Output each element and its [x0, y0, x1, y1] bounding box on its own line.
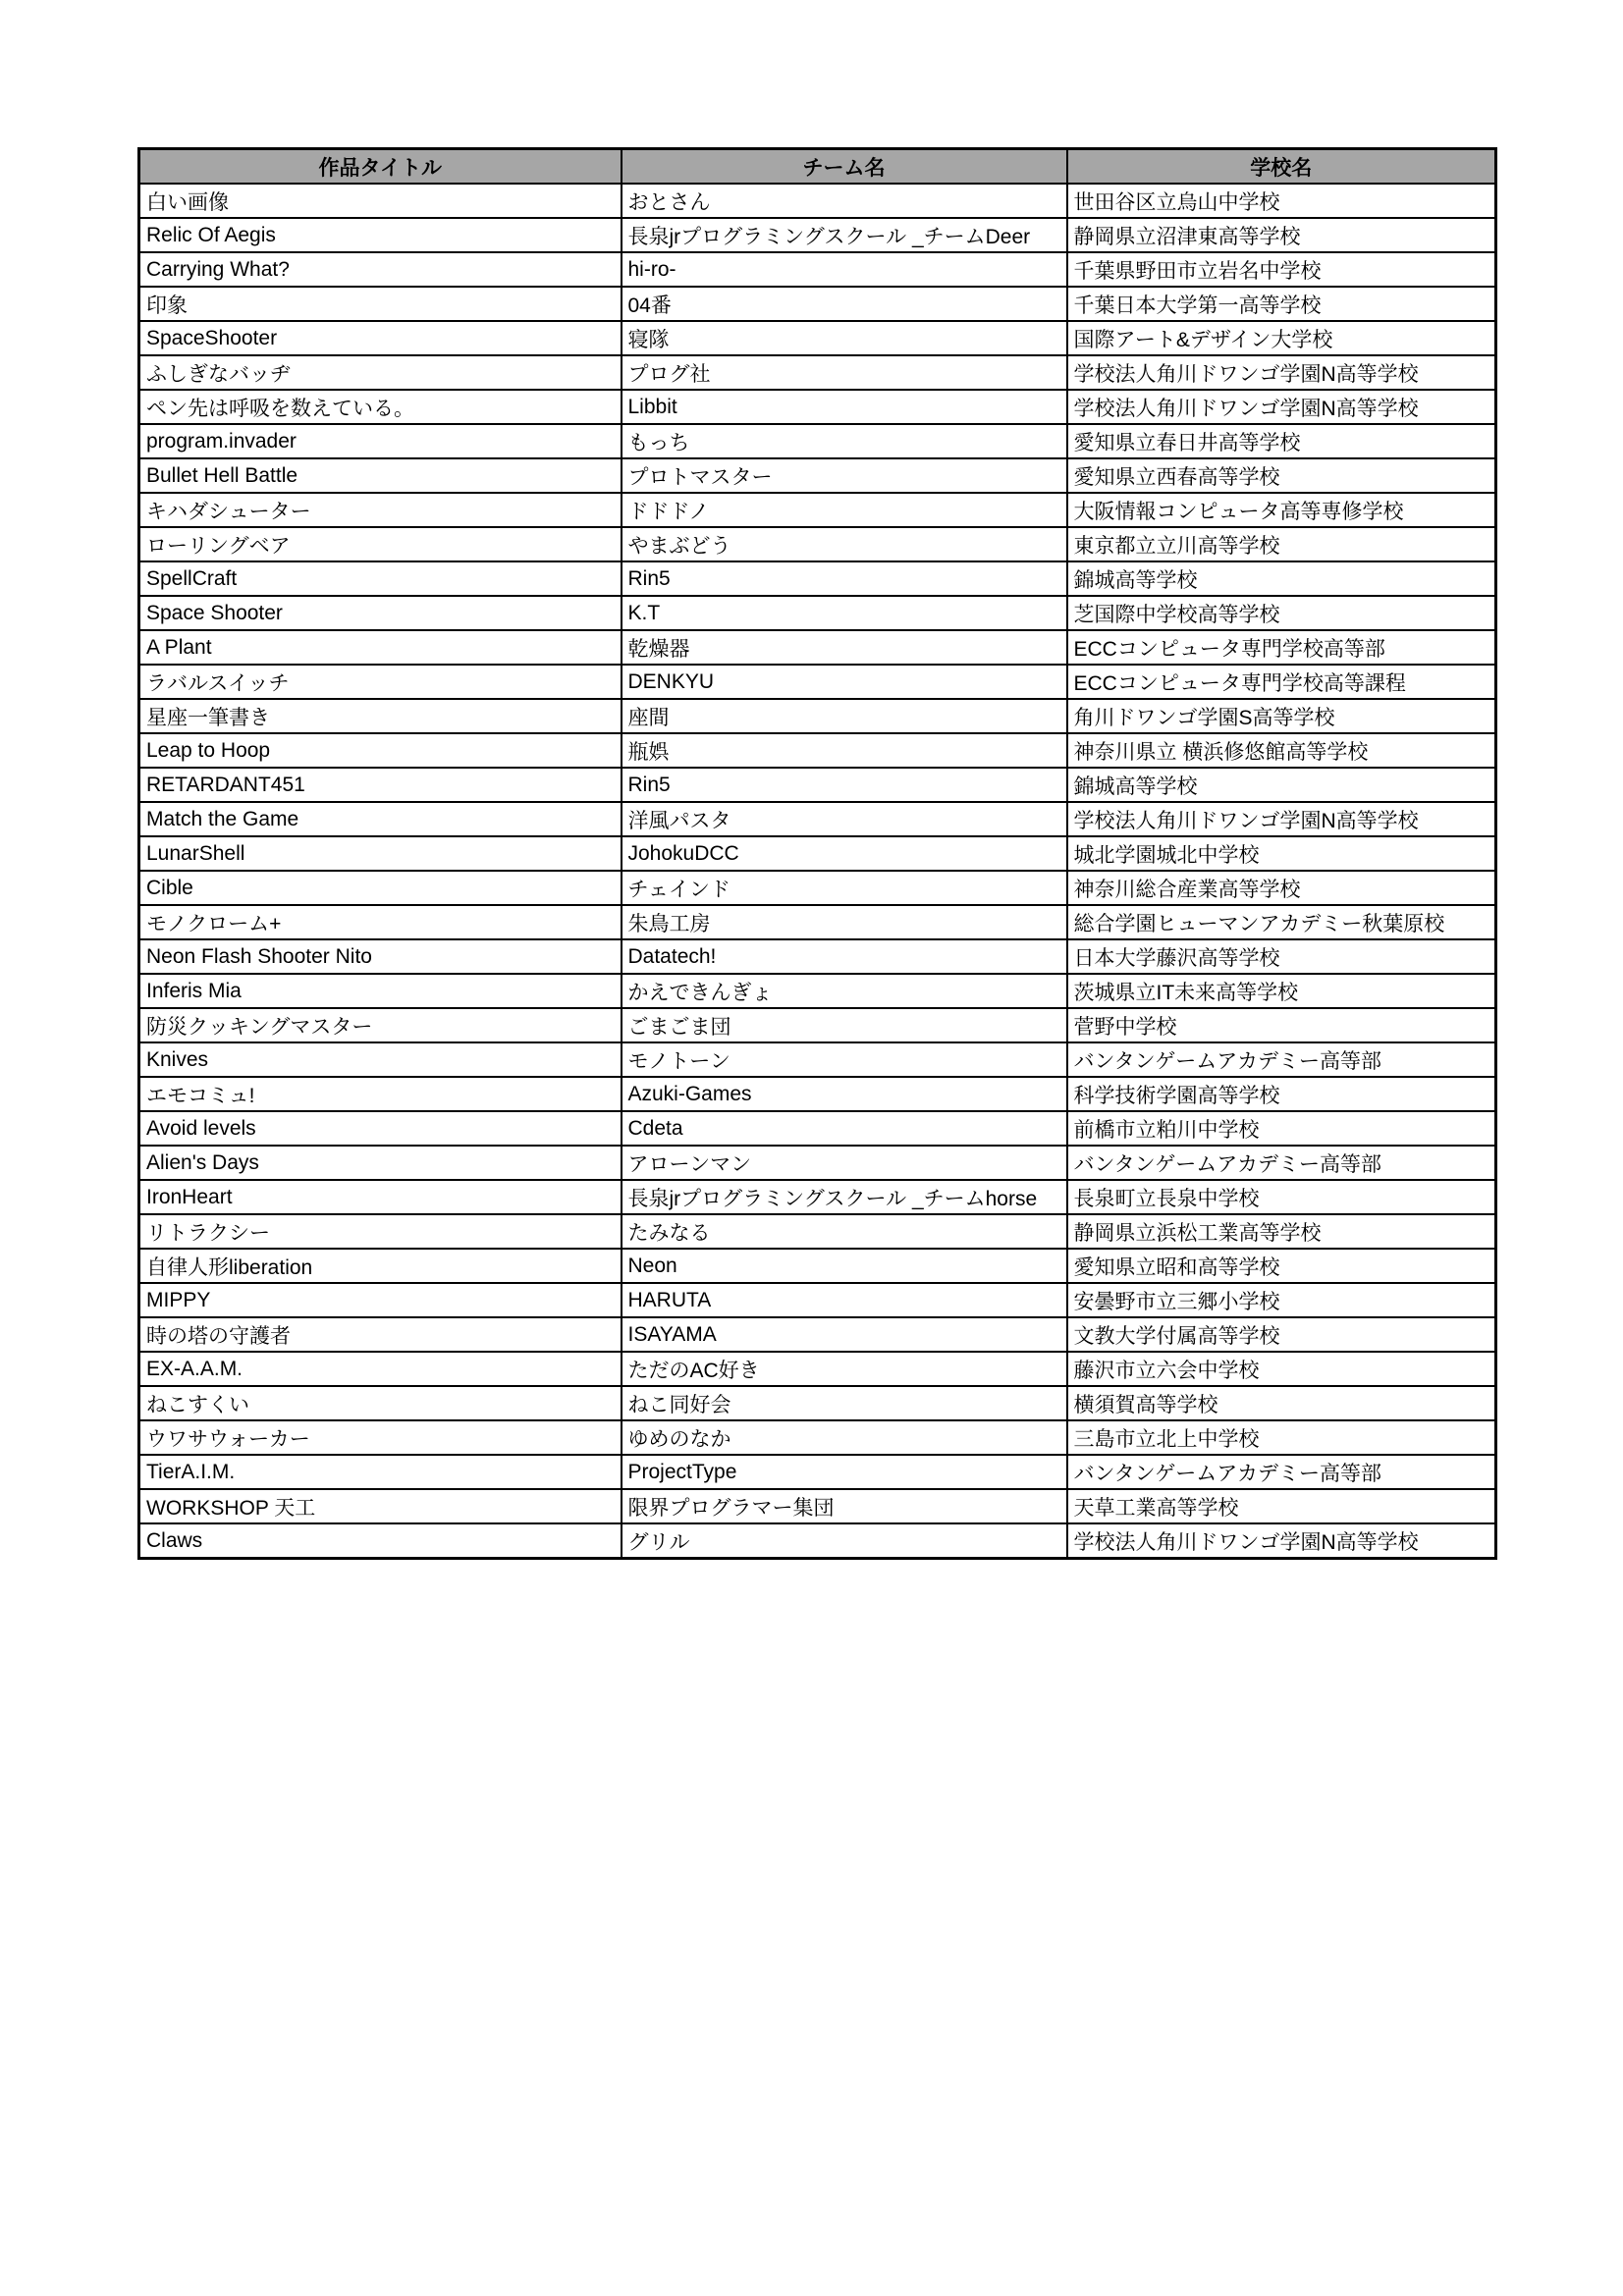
cell-school-name: 静岡県立浜松工業高等学校 — [1067, 1214, 1496, 1249]
table-row: 印象04番千葉日本大学第一高等学校 — [139, 287, 1496, 321]
cell-work-title: リトラクシー — [139, 1214, 622, 1249]
table-row: SpellCraftRin5錦城高等学校 — [139, 561, 1496, 596]
table-row: リトラクシーたみなる静岡県立浜松工業高等学校 — [139, 1214, 1496, 1249]
cell-work-title: キハダシューター — [139, 493, 622, 527]
table-row: TierA.I.M.ProjectTypeバンタンゲームアカデミー高等部 — [139, 1455, 1496, 1489]
table-row: ラバルスイッチDENKYUECCコンピュータ専門学校高等課程 — [139, 665, 1496, 699]
table-row: Avoid levelsCdeta前橋市立粕川中学校 — [139, 1111, 1496, 1146]
table-row: キハダシュータードドドノ大阪情報コンピュータ高等専修学校 — [139, 493, 1496, 527]
cell-team-name: 瓶娯 — [622, 733, 1067, 768]
cell-team-name: hi-ro- — [622, 252, 1067, 287]
cell-school-name: 総合学園ヒューマンアカデミー秋葉原校 — [1067, 905, 1496, 939]
cell-team-name: HARUTA — [622, 1283, 1067, 1317]
cell-team-name: Rin5 — [622, 561, 1067, 596]
cell-work-title: Alien's Days — [139, 1146, 622, 1180]
cell-work-title: モノクローム+ — [139, 905, 622, 939]
cell-work-title: Relic Of Aegis — [139, 218, 622, 252]
table-header: 作品タイトル チーム名 学校名 — [139, 149, 1496, 185]
cell-school-name: 静岡県立沼津東高等学校 — [1067, 218, 1496, 252]
cell-school-name: 天草工業高等学校 — [1067, 1489, 1496, 1523]
cell-work-title: Match the Game — [139, 802, 622, 836]
cell-school-name: 愛知県立昭和高等学校 — [1067, 1249, 1496, 1283]
cell-work-title: WORKSHOP 天工 — [139, 1489, 622, 1523]
cell-work-title: SpellCraft — [139, 561, 622, 596]
cell-school-name: 愛知県立春日井高等学校 — [1067, 424, 1496, 458]
cell-school-name: 大阪情報コンピュータ高等専修学校 — [1067, 493, 1496, 527]
cell-team-name: ドドドノ — [622, 493, 1067, 527]
cell-school-name: 愛知県立西春高等学校 — [1067, 458, 1496, 493]
cell-work-title: ローリングベア — [139, 527, 622, 561]
cell-school-name: バンタンゲームアカデミー高等部 — [1067, 1455, 1496, 1489]
cell-team-name: Neon — [622, 1249, 1067, 1283]
table-row: ウワサウォーカーゆめのなか三島市立北上中学校 — [139, 1420, 1496, 1455]
table-row: Bullet Hell Battleプロトマスター愛知県立西春高等学校 — [139, 458, 1496, 493]
cell-work-title: ラバルスイッチ — [139, 665, 622, 699]
cell-team-name: Datatech! — [622, 939, 1067, 974]
column-header-school-name: 学校名 — [1067, 149, 1496, 185]
cell-work-title: ペン先は呼吸を数えている。 — [139, 390, 622, 424]
cell-work-title: RETARDANT451 — [139, 768, 622, 802]
cell-team-name: ISAYAMA — [622, 1317, 1067, 1352]
cell-work-title: 印象 — [139, 287, 622, 321]
table-row: Knivesモノトーンバンタンゲームアカデミー高等部 — [139, 1042, 1496, 1077]
cell-work-title: TierA.I.M. — [139, 1455, 622, 1489]
cell-work-title: エモコミュ! — [139, 1077, 622, 1111]
table-row: WORKSHOP 天工限界プログラマー集団天草工業高等学校 — [139, 1489, 1496, 1523]
cell-school-name: 錦城高等学校 — [1067, 768, 1496, 802]
cell-work-title: 星座一筆書き — [139, 699, 622, 733]
cell-team-name: かえできんぎょ — [622, 974, 1067, 1008]
cell-work-title: 時の塔の守護者 — [139, 1317, 622, 1352]
table-row: RETARDANT451Rin5錦城高等学校 — [139, 768, 1496, 802]
cell-school-name: 三島市立北上中学校 — [1067, 1420, 1496, 1455]
cell-team-name: プログ社 — [622, 355, 1067, 390]
table-row: モノクローム+朱鳥工房総合学園ヒューマンアカデミー秋葉原校 — [139, 905, 1496, 939]
cell-team-name: 乾燥器 — [622, 630, 1067, 665]
cell-team-name: ねこ同好会 — [622, 1386, 1067, 1420]
cell-team-name: たみなる — [622, 1214, 1067, 1249]
cell-school-name: ECCコンピュータ専門学校高等課程 — [1067, 665, 1496, 699]
cell-work-title: Carrying What? — [139, 252, 622, 287]
table-row: 自律人形liberationNeon愛知県立昭和高等学校 — [139, 1249, 1496, 1283]
cell-school-name: 科学技術学園高等学校 — [1067, 1077, 1496, 1111]
cell-school-name: 前橋市立粕川中学校 — [1067, 1111, 1496, 1146]
cell-team-name: JohokuDCC — [622, 836, 1067, 871]
cell-school-name: 学校法人角川ドワンゴ学園N高等学校 — [1067, 355, 1496, 390]
cell-work-title: A Plant — [139, 630, 622, 665]
table-row: SpaceShooter寝隊国際アート&デザイン大学校 — [139, 321, 1496, 355]
cell-school-name: 学校法人角川ドワンゴ学園N高等学校 — [1067, 390, 1496, 424]
cell-team-name: プロトマスター — [622, 458, 1067, 493]
cell-team-name: チェインド — [622, 871, 1067, 905]
table-row: Inferis Miaかえできんぎょ茨城県立IT未来高等学校 — [139, 974, 1496, 1008]
cell-team-name: Rin5 — [622, 768, 1067, 802]
table-row: Match the Game洋風パスタ学校法人角川ドワンゴ学園N高等学校 — [139, 802, 1496, 836]
cell-work-title: Knives — [139, 1042, 622, 1077]
cell-team-name: Azuki-Games — [622, 1077, 1067, 1111]
table-row: Relic Of Aegis長泉jrプログラミングスクール _チームDeer静岡… — [139, 218, 1496, 252]
table-row: Alien's Daysアローンマンバンタンゲームアカデミー高等部 — [139, 1146, 1496, 1180]
table-row: 時の塔の守護者ISAYAMA文教大学付属高等学校 — [139, 1317, 1496, 1352]
table-body: 白い画像おとさん世田谷区立烏山中学校Relic Of Aegis長泉jrプログラ… — [139, 184, 1496, 1559]
cell-school-name: バンタンゲームアカデミー高等部 — [1067, 1042, 1496, 1077]
cell-team-name: 長泉jrプログラミングスクール _チームhorse — [622, 1180, 1067, 1214]
cell-work-title: ふしぎなバッヂ — [139, 355, 622, 390]
table-row: program.invaderもっち愛知県立春日井高等学校 — [139, 424, 1496, 458]
table-row: エモコミュ!Azuki-Games科学技術学園高等学校 — [139, 1077, 1496, 1111]
cell-work-title: Claws — [139, 1523, 622, 1559]
cell-school-name: 千葉日本大学第一高等学校 — [1067, 287, 1496, 321]
table-row: 白い画像おとさん世田谷区立烏山中学校 — [139, 184, 1496, 218]
cell-work-title: LunarShell — [139, 836, 622, 871]
table-row: ねこすくいねこ同好会横須賀高等学校 — [139, 1386, 1496, 1420]
cell-work-title: SpaceShooter — [139, 321, 622, 355]
cell-work-title: Inferis Mia — [139, 974, 622, 1008]
cell-school-name: 神奈川県立 横浜修悠館高等学校 — [1067, 733, 1496, 768]
column-header-work-title: 作品タイトル — [139, 149, 622, 185]
table-row: Clawsグリル学校法人角川ドワンゴ学園N高等学校 — [139, 1523, 1496, 1559]
cell-team-name: 座間 — [622, 699, 1067, 733]
cell-school-name: 東京都立立川高等学校 — [1067, 527, 1496, 561]
header-row: 作品タイトル チーム名 学校名 — [139, 149, 1496, 185]
cell-team-name: K.T — [622, 596, 1067, 630]
cell-school-name: 茨城県立IT未来高等学校 — [1067, 974, 1496, 1008]
entries-table: 作品タイトル チーム名 学校名 白い画像おとさん世田谷区立烏山中学校Relic … — [137, 147, 1497, 1560]
cell-work-title: Space Shooter — [139, 596, 622, 630]
cell-school-name: 藤沢市立六会中学校 — [1067, 1352, 1496, 1386]
cell-school-name: 錦城高等学校 — [1067, 561, 1496, 596]
cell-school-name: 角川ドワンゴ学園S高等学校 — [1067, 699, 1496, 733]
cell-team-name: ゆめのなか — [622, 1420, 1067, 1455]
table-row: Neon Flash Shooter NitoDatatech!日本大学藤沢高等… — [139, 939, 1496, 974]
cell-school-name: 文教大学付属高等学校 — [1067, 1317, 1496, 1352]
cell-work-title: Avoid levels — [139, 1111, 622, 1146]
cell-school-name: 千葉県野田市立岩名中学校 — [1067, 252, 1496, 287]
cell-work-title: IronHeart — [139, 1180, 622, 1214]
cell-team-name: おとさん — [622, 184, 1067, 218]
cell-team-name: 限界プログラマー集団 — [622, 1489, 1067, 1523]
table-row: IronHeart長泉jrプログラミングスクール _チームhorse長泉町立長泉… — [139, 1180, 1496, 1214]
cell-school-name: 学校法人角川ドワンゴ学園N高等学校 — [1067, 1523, 1496, 1559]
cell-school-name: 学校法人角川ドワンゴ学園N高等学校 — [1067, 802, 1496, 836]
table-row: 星座一筆書き座間角川ドワンゴ学園S高等学校 — [139, 699, 1496, 733]
table-row: ローリングベアやまぶどう東京都立立川高等学校 — [139, 527, 1496, 561]
cell-team-name: DENKYU — [622, 665, 1067, 699]
cell-school-name: ECCコンピュータ専門学校高等部 — [1067, 630, 1496, 665]
cell-team-name: 洋風パスタ — [622, 802, 1067, 836]
cell-team-name: ごまごま団 — [622, 1008, 1067, 1042]
table-row: A Plant乾燥器ECCコンピュータ専門学校高等部 — [139, 630, 1496, 665]
cell-team-name: やまぶどう — [622, 527, 1067, 561]
cell-team-name: 寝隊 — [622, 321, 1067, 355]
document-page: 作品タイトル チーム名 学校名 白い画像おとさん世田谷区立烏山中学校Relic … — [0, 0, 1623, 2296]
cell-work-title: Leap to Hoop — [139, 733, 622, 768]
cell-team-name: モノトーン — [622, 1042, 1067, 1077]
cell-team-name: アローンマン — [622, 1146, 1067, 1180]
cell-work-title: ねこすくい — [139, 1386, 622, 1420]
cell-school-name: 国際アート&デザイン大学校 — [1067, 321, 1496, 355]
table-row: Leap to Hoop瓶娯神奈川県立 横浜修悠館高等学校 — [139, 733, 1496, 768]
cell-school-name: 横須賀高等学校 — [1067, 1386, 1496, 1420]
cell-work-title: ウワサウォーカー — [139, 1420, 622, 1455]
cell-work-title: Cible — [139, 871, 622, 905]
column-header-team-name: チーム名 — [622, 149, 1067, 185]
table-row: LunarShellJohokuDCC城北学園城北中学校 — [139, 836, 1496, 871]
cell-team-name: 朱鳥工房 — [622, 905, 1067, 939]
table-row: ペン先は呼吸を数えている。Libbit学校法人角川ドワンゴ学園N高等学校 — [139, 390, 1496, 424]
table-row: ふしぎなバッヂプログ社学校法人角川ドワンゴ学園N高等学校 — [139, 355, 1496, 390]
cell-work-title: 白い画像 — [139, 184, 622, 218]
cell-work-title: Bullet Hell Battle — [139, 458, 622, 493]
cell-school-name: バンタンゲームアカデミー高等部 — [1067, 1146, 1496, 1180]
cell-team-name: Cdeta — [622, 1111, 1067, 1146]
cell-school-name: 世田谷区立烏山中学校 — [1067, 184, 1496, 218]
table-row: EX-A.A.M.ただのAC好き藤沢市立六会中学校 — [139, 1352, 1496, 1386]
cell-team-name: 04番 — [622, 287, 1067, 321]
cell-team-name: Libbit — [622, 390, 1067, 424]
table-row: 防災クッキングマスターごまごま団菅野中学校 — [139, 1008, 1496, 1042]
cell-school-name: 安曇野市立三郷小学校 — [1067, 1283, 1496, 1317]
cell-team-name: もっち — [622, 424, 1067, 458]
cell-school-name: 菅野中学校 — [1067, 1008, 1496, 1042]
cell-school-name: 芝国際中学校高等学校 — [1067, 596, 1496, 630]
cell-work-title: EX-A.A.M. — [139, 1352, 622, 1386]
table-row: MIPPYHARUTA安曇野市立三郷小学校 — [139, 1283, 1496, 1317]
table-row: Carrying What?hi-ro-千葉県野田市立岩名中学校 — [139, 252, 1496, 287]
table-row: Cibleチェインド神奈川総合産業高等学校 — [139, 871, 1496, 905]
cell-school-name: 長泉町立長泉中学校 — [1067, 1180, 1496, 1214]
cell-work-title: program.invader — [139, 424, 622, 458]
cell-work-title: 防災クッキングマスター — [139, 1008, 622, 1042]
cell-team-name: グリル — [622, 1523, 1067, 1559]
cell-work-title: Neon Flash Shooter Nito — [139, 939, 622, 974]
cell-school-name: 神奈川総合産業高等学校 — [1067, 871, 1496, 905]
cell-work-title: MIPPY — [139, 1283, 622, 1317]
cell-team-name: 長泉jrプログラミングスクール _チームDeer — [622, 218, 1067, 252]
cell-work-title: 自律人形liberation — [139, 1249, 622, 1283]
cell-school-name: 日本大学藤沢高等学校 — [1067, 939, 1496, 974]
cell-school-name: 城北学園城北中学校 — [1067, 836, 1496, 871]
cell-team-name: ただのAC好き — [622, 1352, 1067, 1386]
table-row: Space ShooterK.T芝国際中学校高等学校 — [139, 596, 1496, 630]
cell-team-name: ProjectType — [622, 1455, 1067, 1489]
